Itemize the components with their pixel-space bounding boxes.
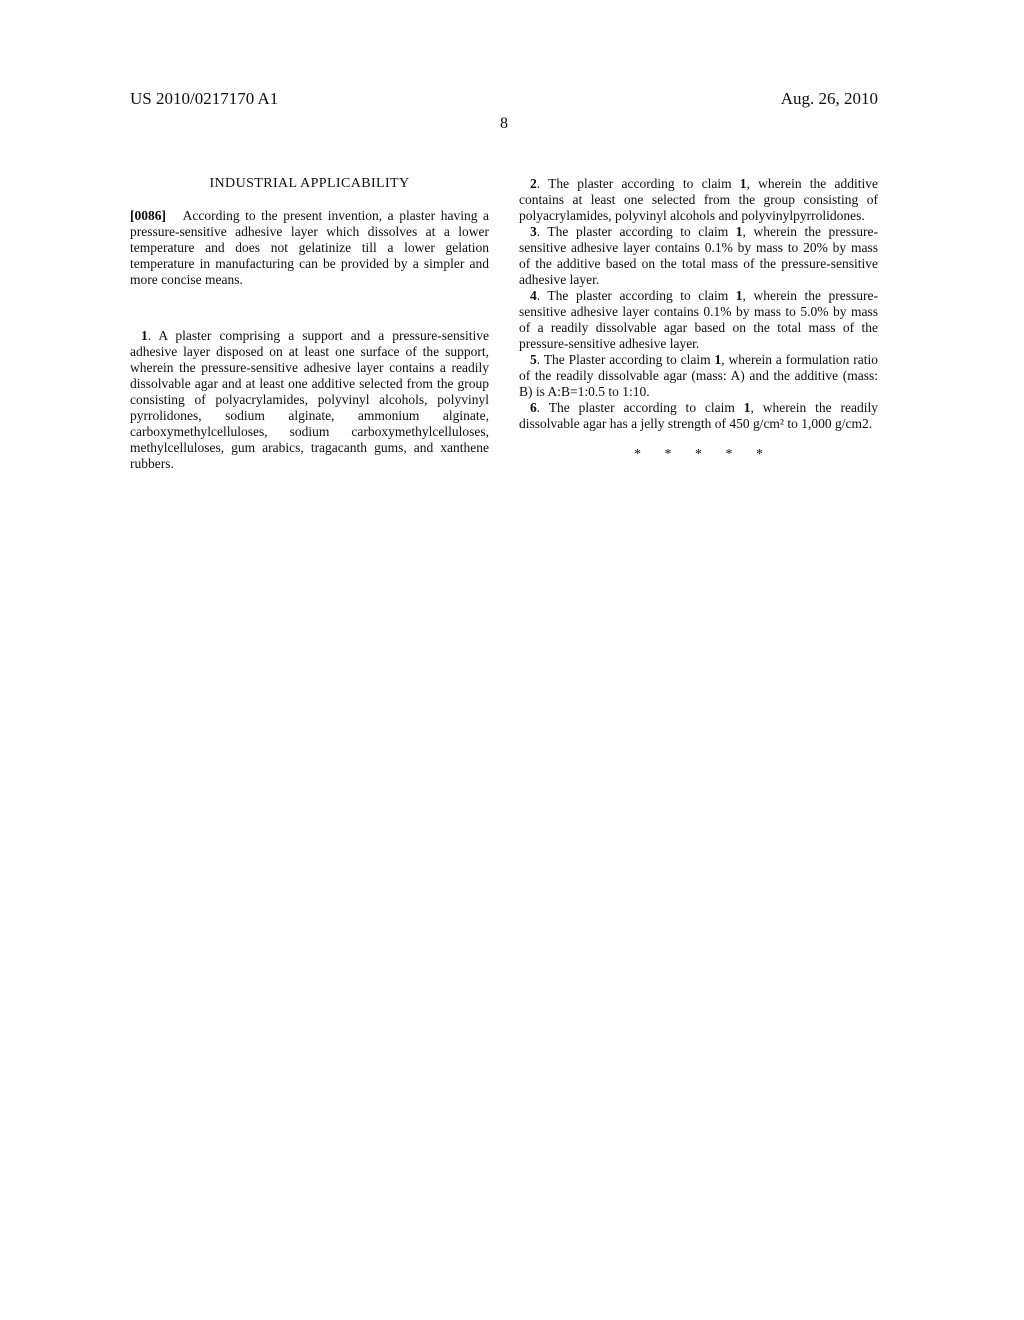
patent-page: US 2010/0217170 A1 Aug. 26, 2010 8 INDUS…: [0, 0, 1024, 1320]
claim-5: 5. The Plaster according to claim 1, whe…: [519, 352, 878, 400]
claim-4: 4. The plaster according to claim 1, whe…: [519, 288, 878, 352]
right-column-paragraphs: 2. The plaster according to claim 1, whe…: [519, 176, 878, 432]
end-of-claims-asterisks: * * * * *: [519, 447, 878, 463]
page-number: 8: [130, 115, 878, 133]
body-columns: INDUSTRIAL APPLICABILITY [0086] Accordin…: [130, 176, 878, 472]
section-heading-industrial-applicability: INDUSTRIAL APPLICABILITY: [130, 176, 489, 192]
claim-1: 1. A plaster comprising a support and a …: [130, 328, 489, 472]
left-column-paragraphs: [0086] According to the present inventio…: [130, 208, 489, 472]
claim-2: 2. The plaster according to claim 1, whe…: [519, 176, 878, 224]
publication-date: Aug. 26, 2010: [781, 89, 878, 109]
claim-3: 3. The plaster according to claim 1, whe…: [519, 224, 878, 288]
right-column: 2. The plaster according to claim 1, whe…: [519, 176, 878, 472]
paragraph-0086: [0086] According to the present inventio…: [130, 208, 489, 288]
left-column: INDUSTRIAL APPLICABILITY [0086] Accordin…: [130, 176, 489, 472]
page-header: US 2010/0217170 A1 Aug. 26, 2010: [130, 89, 878, 109]
patent-publication-number: US 2010/0217170 A1: [130, 89, 278, 109]
claim-6: 6. The plaster according to claim 1, whe…: [519, 400, 878, 432]
